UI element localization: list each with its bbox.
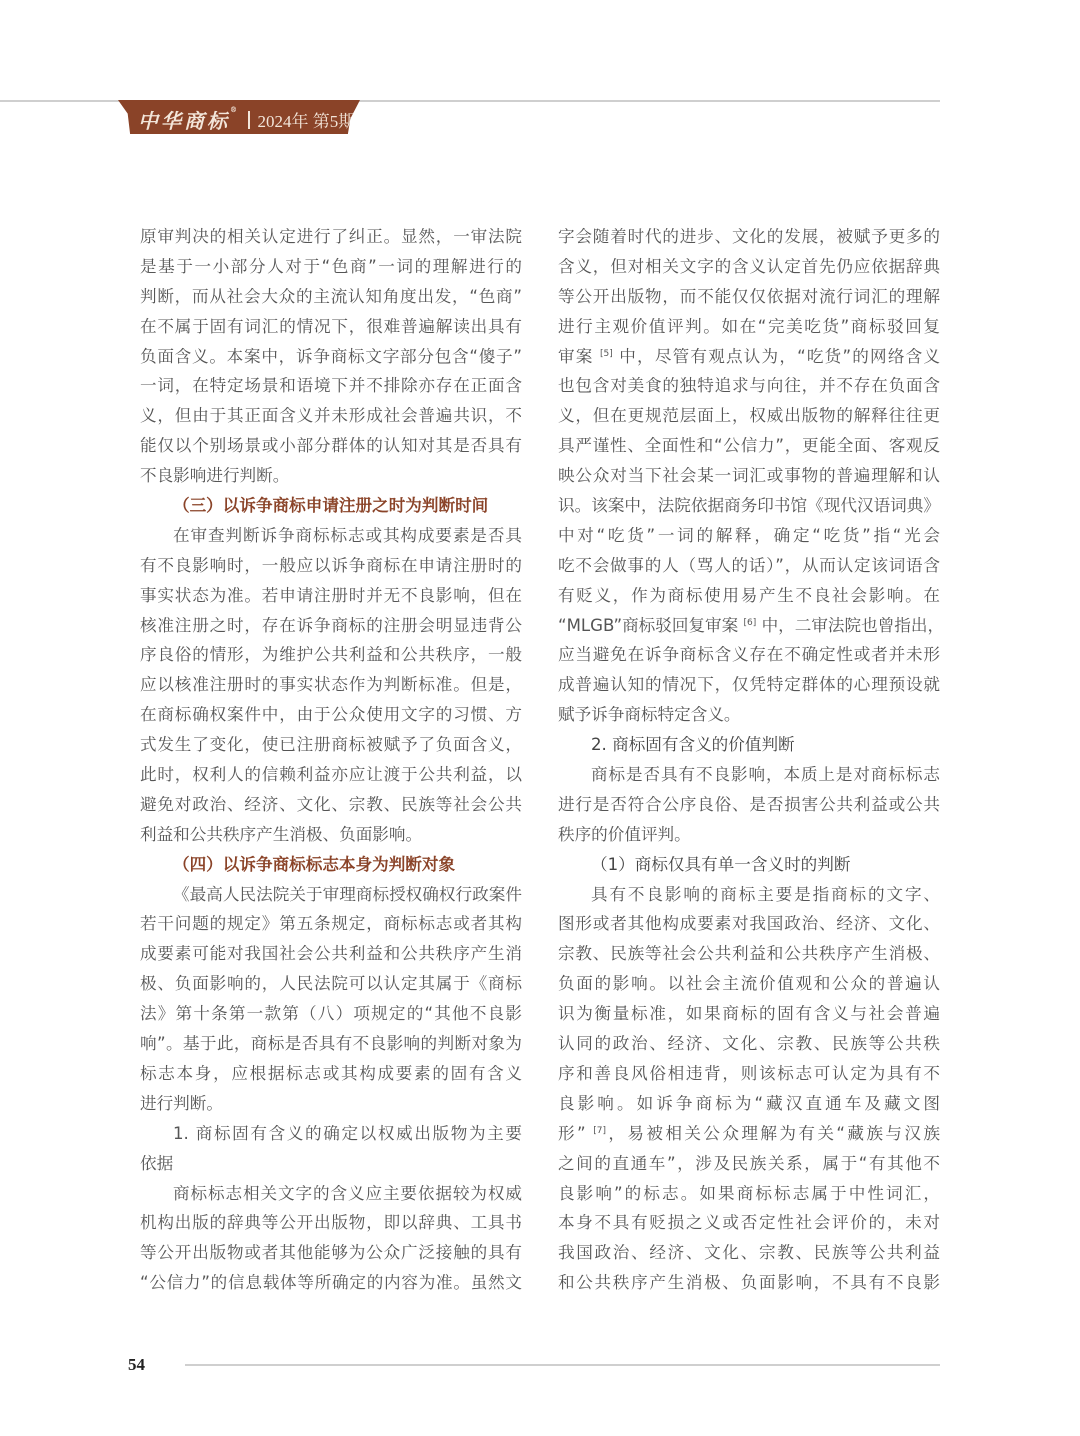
issue-label: 2024年 第5期 bbox=[258, 107, 356, 132]
paragraph-line: 有不良影响时，一般应以诉争商标在申请注册时的 bbox=[140, 551, 522, 581]
subsection-heading-1: 1. 商标固有含义的确定以权威出版物为主要 bbox=[140, 1119, 522, 1149]
paragraph-line: 识为衡量标准，如果商标的固有含义与社会普遍 bbox=[558, 999, 940, 1029]
paragraph-line: 义，但在更规范层面上，权威出版物的解释往往更 bbox=[558, 401, 940, 431]
journal-banner: 中华商标® 2024年 第5期 bbox=[118, 100, 360, 134]
paragraph-line: 良影响”的标志。如果商标标志属于中性词汇， bbox=[558, 1179, 940, 1209]
paragraph-line: 之间的直通车”，涉及民族关系，属于“有其他不 bbox=[558, 1149, 940, 1179]
paragraph-line: 核准注册之时，存在诉争商标的注册会明显违背公 bbox=[140, 611, 522, 641]
subsection-heading-1-cont: 依据 bbox=[140, 1149, 522, 1179]
paragraph-line: 图形或者其他构成要素对我国政治、经济、文化、 bbox=[558, 909, 940, 939]
paragraph-line: 认同的政治、经济、文化、宗教、民族等公共秩 bbox=[558, 1029, 940, 1059]
paragraph-line: 在不属于固有词汇的情况下，很难普遍解读出具有 bbox=[140, 312, 522, 342]
paragraph-line: 此时，权利人的信赖利益亦应让渡于公共利益，以 bbox=[140, 760, 522, 790]
paragraph-line: 形” [7]，易被相关公众理解为有关“藏族与汉族 bbox=[558, 1119, 940, 1149]
paragraph-line: 良影响。如诉争商标为“藏汉直通车及藏文图 bbox=[558, 1089, 940, 1119]
paragraph-line: 赋予诉争商标特定含义。 bbox=[558, 700, 940, 730]
paragraph-line: 识。该案中，法院依据商务印书馆《现代汉语词典》 bbox=[558, 491, 940, 521]
paragraph-line: 秩序的价值评判。 bbox=[558, 820, 940, 850]
page-number: 54 bbox=[128, 1355, 145, 1375]
paragraph-line: 宗教、民族等社会公共利益和公共秩序产生消极、 bbox=[558, 939, 940, 969]
right-column: 字会随着时代的进步、文化的发展，被赋予更多的 含义，但对相关文字的含义认定首先仍… bbox=[558, 222, 940, 1298]
paragraph-line: 负面含义。本案中，诉争商标文字部分包含“傻子” bbox=[140, 342, 522, 372]
paragraph-line: 含义，但对相关文字的含义认定首先仍应依据辞典 bbox=[558, 252, 940, 282]
paragraph-line: 我国政治、经济、文化、宗教、民族等公共利益 bbox=[558, 1238, 940, 1268]
citation-6: [6] bbox=[744, 618, 757, 628]
paragraph-line: 事实状态为准。若申请注册时并无不良影响，但在 bbox=[140, 581, 522, 611]
paragraph-line: 等公开出版物，而不能仅仅依据对流行词汇的理解 bbox=[558, 282, 940, 312]
paragraph-line: 商标是否具有不良影响，本质上是对商标标志 bbox=[558, 760, 940, 790]
paragraph-line: 判断，而从社会大众的主流认知角度出发，“色商” bbox=[140, 282, 522, 312]
paragraph-line: 进行主观价值评判。如在“完美吃货”商标驳回复 bbox=[558, 312, 940, 342]
banner-divider bbox=[248, 111, 250, 129]
paragraph-line: 若干问题的规定》第五条规定，商标标志或者其构 bbox=[140, 909, 522, 939]
paragraph-line: 一词，在特定场景和语境下并不排除亦存在正面含 bbox=[140, 371, 522, 401]
paragraph-line: 映公众对当下社会某一词汇或事物的普遍理解和认 bbox=[558, 461, 940, 491]
paragraph-line: 吃不会做事的人（骂人的话）”，从而认定该词语含 bbox=[558, 551, 940, 581]
paragraph-line: 商标标志相关文字的含义应主要依据较为权威 bbox=[140, 1179, 522, 1209]
paragraph-line: 是基于一小部分人对于“色商”一词的理解进行的 bbox=[140, 252, 522, 282]
paragraph-line: 应以核准注册时的事实状态作为判断标准。但是， bbox=[140, 670, 522, 700]
paragraph-line: 序和善良风俗相违背，则该标志可认定为具有不 bbox=[558, 1059, 940, 1089]
paragraph-line: 字会随着时代的进步、文化的发展，被赋予更多的 bbox=[558, 222, 940, 252]
paragraph-line: 和公共秩序产生消极、负面影响，不具有不良影 bbox=[558, 1268, 940, 1298]
paragraph-line: 义，但由于其正面含义并未形成社会普遍共识，不 bbox=[140, 401, 522, 431]
paragraph-line: 不良影响进行判断。 bbox=[140, 461, 522, 491]
paragraph-line: 极、负面影响的，人民法院可以认定其属于《商标 bbox=[140, 969, 522, 999]
paragraph-line: 进行是否符合公序良俗、是否损害公共利益或公共 bbox=[558, 790, 940, 820]
section-heading-4: （四）以诉争商标标志本身为判断对象 bbox=[140, 850, 522, 880]
paragraph-line: 原审判决的相关认定进行了纠正。显然，一审法院 bbox=[140, 222, 522, 252]
paragraph-line: 也包含对美食的独特追求与向往，并不存在负面含 bbox=[558, 371, 940, 401]
footer-rule bbox=[185, 1364, 940, 1366]
paragraph-line: 机构出版的辞典等公开出版物，即以辞典、工具书 bbox=[140, 1208, 522, 1238]
paragraph-line: 在商标确权案件中，由于公众使用文字的习惯、方 bbox=[140, 700, 522, 730]
citation-5: [5] bbox=[600, 349, 613, 359]
paragraph-line: 成普遍认知的情况下，仅凭特定群体的心理预设就 bbox=[558, 670, 940, 700]
paragraph-line: 等公开出版物或者其他能够为公众广泛接触的具有 bbox=[140, 1238, 522, 1268]
paragraph-line: 具严谨性、全面性和“公信力”，更能全面、客观反 bbox=[558, 431, 940, 461]
left-column: 原审判决的相关认定进行了纠正。显然，一审法院 是基于一小部分人对于“色商”一词的… bbox=[140, 222, 522, 1298]
journal-brand: 中华商标® bbox=[138, 105, 240, 134]
paragraph-line: 有贬义，作为商标使用易产生不良社会影响。在 bbox=[558, 581, 940, 611]
paragraph-line: 序良俗的情形，为维护公共利益和公共秩序，一般 bbox=[140, 640, 522, 670]
paragraph-line: 能仅以个别场景或小部分群体的认知对其是否具有 bbox=[140, 431, 522, 461]
paragraph-line: 利益和公共秩序产生消极、负面影响。 bbox=[140, 820, 522, 850]
paragraph-line: “MLGB”商标驳回复审案 [6] 中，二审法院也曾指出， bbox=[558, 611, 940, 641]
paragraph-line: 进行判断。 bbox=[140, 1089, 522, 1119]
paragraph-line: 响”。基于此，商标是否具有不良影响的判断对象为 bbox=[140, 1029, 522, 1059]
paragraph-line: 具有不良影响的商标主要是指商标的文字、 bbox=[558, 880, 940, 910]
paragraph-line: 标志本身，应根据标志或其构成要素的固有含义 bbox=[140, 1059, 522, 1089]
subsection-heading-2-1: （1）商标仅具有单一含义时的判断 bbox=[558, 850, 940, 880]
paragraph-line: 负面的影响。以社会主流价值观和公众的普遍认 bbox=[558, 969, 940, 999]
paragraph-line: 中对“吃货”一词的解释，确定“吃货”指“光会 bbox=[558, 521, 940, 551]
paragraph-line: 避免对政治、经济、文化、宗教、民族等社会公共 bbox=[140, 790, 522, 820]
paragraph-line: 式发生了变化，使已注册商标被赋予了负面含义， bbox=[140, 730, 522, 760]
citation-7: [7] bbox=[593, 1126, 606, 1136]
paragraph-line: 《最高人民法院关于审理商标授权确权行政案件 bbox=[140, 880, 522, 910]
paragraph-line: 成要素可能对我国社会公共利益和公共秩序产生消 bbox=[140, 939, 522, 969]
paragraph-line: 审案 [5] 中，尽管有观点认为，“吃货”的网络含义 bbox=[558, 342, 940, 372]
section-heading-3: （三）以诉争商标申请注册之时为判断时间 bbox=[140, 491, 522, 521]
paragraph-line: 应当避免在诉争商标含义存在不确定性或者并未形 bbox=[558, 640, 940, 670]
subsection-heading-2: 2. 商标固有含义的价值判断 bbox=[558, 730, 940, 760]
paragraph-line: 法》第十条第一款第（八）项规定的“其他不良影 bbox=[140, 999, 522, 1029]
paragraph-line: 在审查判断诉争商标标志或其构成要素是否具 bbox=[140, 521, 522, 551]
paragraph-line: 本身不具有贬损之义或否定性社会评价的，未对 bbox=[558, 1208, 940, 1238]
paragraph-line: “公信力”的信息载体等所确定的内容为准。虽然文 bbox=[140, 1268, 522, 1298]
